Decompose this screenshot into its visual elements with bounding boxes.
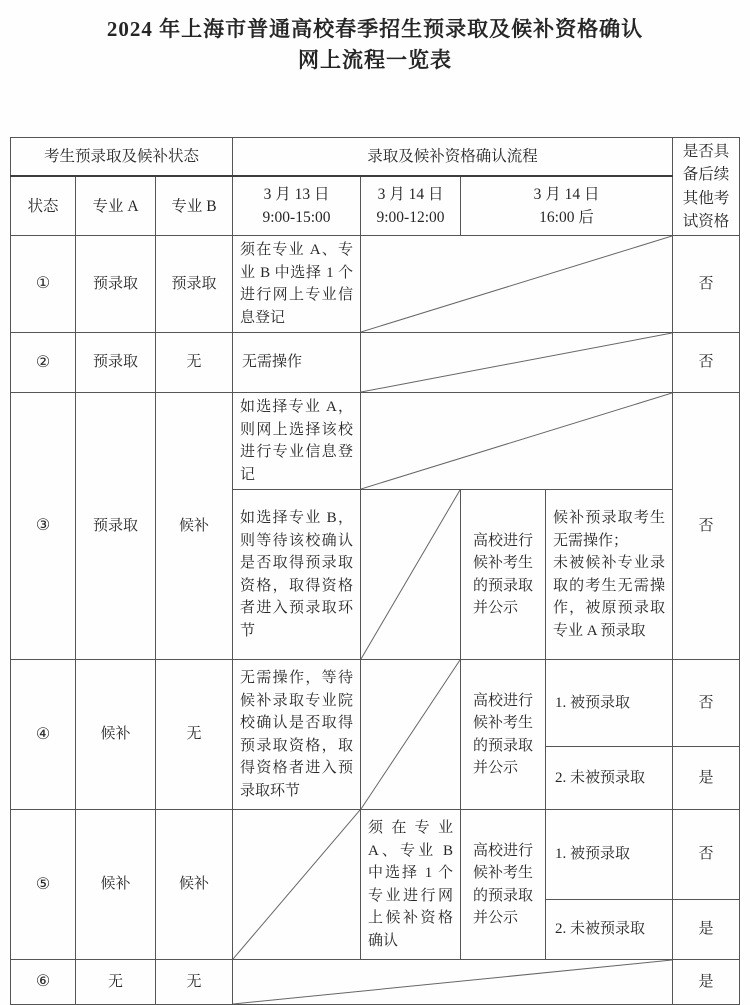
- page-title-line2: 网上流程一览表: [0, 45, 750, 76]
- row3-step1-option-a: 如选择专业 A，则网上选择该校进行专业信息登记: [233, 393, 361, 490]
- row1-step1: 须在专业 A、专业 B 中选择 1 个进行网上专业信息登记: [233, 236, 361, 333]
- header-col-major-a: 专业 A: [76, 176, 156, 235]
- row3-status: ③: [11, 393, 76, 660]
- row5-step3: 高校进行候补考生的预录取并公示: [461, 810, 546, 960]
- diagonal-cell: [361, 660, 461, 810]
- row1-major-b: 预录取: [156, 236, 233, 333]
- table-row-6: ⑥ 无 无 是: [11, 960, 740, 1005]
- table-row-3a: ③ 预录取 候补 如选择专业 A，则网上选择该校进行专业信息登记 否: [11, 393, 740, 490]
- row5-outcome2: 2. 未被预录取: [546, 900, 673, 960]
- row5-outcome2-eligible: 是: [673, 900, 740, 960]
- row4-step1: 无需操作，等待候补录取专业院校确认是否取得预录取资格，取得资格者进入预录取环节: [233, 660, 361, 810]
- header-col-date2: 3 月 14 日 9:00-12:00: [361, 176, 461, 235]
- diagonal-cell: [233, 960, 673, 1005]
- diagonal-slash-icon: [233, 960, 672, 1004]
- row6-major-a: 无: [76, 960, 156, 1005]
- diagonal-cell: [233, 810, 361, 960]
- table-row-1: ① 预录取 预录取 须在专业 A、专业 B 中选择 1 个进行网上专业信息登记 …: [11, 236, 740, 333]
- row2-eligible: 否: [673, 333, 740, 393]
- row4-outcome1: 1. 被预录取: [546, 660, 673, 747]
- row2-status: ②: [11, 333, 76, 393]
- row2-major-b: 无: [156, 333, 233, 393]
- diagonal-slash-icon: [361, 660, 460, 809]
- page-title: 2024 年上海市普通高校春季招生预录取及候补资格确认 网上流程一览表: [0, 14, 750, 76]
- row3-step2: 高校进行候补考生的预录取并公示: [461, 490, 546, 660]
- row3-major-b: 候补: [156, 393, 233, 660]
- row5-outcome1: 1. 被预录取: [546, 810, 673, 900]
- table-row-5a: ⑤ 候补 候补 须在专业 A、专业 B 中选择 1 个专业进行网上候补资格确认 …: [11, 810, 740, 900]
- row4-outcome1-eligible: 否: [673, 660, 740, 747]
- row6-major-b: 无: [156, 960, 233, 1005]
- header-col-status: 状态: [11, 176, 76, 235]
- row1-major-a: 预录取: [76, 236, 156, 333]
- row4-outcome2: 2. 未被预录取: [546, 747, 673, 810]
- diagonal-slash-icon: [361, 490, 460, 659]
- header-group-status: 考生预录取及候补状态: [11, 138, 233, 177]
- row5-major-b: 候补: [156, 810, 233, 960]
- row3-step1-option-b: 如选择专业 B，则等待该校确认是否取得预录取资格，取得资格者进入预录取环节: [233, 490, 361, 660]
- row5-outcome1-eligible: 否: [673, 810, 740, 900]
- row5-status: ⑤: [11, 810, 76, 960]
- row2-step1: 无需操作: [233, 333, 361, 393]
- header-col-date1: 3 月 13 日 9:00-15:00: [233, 176, 361, 235]
- diagonal-slash-icon: [361, 393, 672, 489]
- row4-status: ④: [11, 660, 76, 810]
- row3-step3: 候补预录取考生无需操作； 未被候补专业录取的考生无需操作，被原预录取专业 A 预…: [546, 490, 673, 660]
- diagonal-cell: [361, 333, 673, 393]
- diagonal-slash-icon: [233, 810, 360, 959]
- row4-step2: 高校进行候补考生的预录取并公示: [461, 660, 546, 810]
- row3-major-a: 预录取: [76, 393, 156, 660]
- diagonal-cell: [361, 393, 673, 490]
- page-title-line1: 2024 年上海市普通高校春季招生预录取及候补资格确认: [0, 14, 750, 45]
- table-row-4a: ④ 候补 无 无需操作，等待候补录取专业院校确认是否取得预录取资格，取得资格者进…: [11, 660, 740, 747]
- row6-status: ⑥: [11, 960, 76, 1005]
- header-col-date3: 3 月 14 日 16:00 后: [461, 176, 673, 235]
- row2-major-a: 预录取: [76, 333, 156, 393]
- table-row-2: ② 预录取 无 无需操作 否: [11, 333, 740, 393]
- row4-major-b: 无: [156, 660, 233, 810]
- row1-eligible: 否: [673, 236, 740, 333]
- row5-step2: 须在专业 A、专业 B 中选择 1 个专业进行网上候补资格确认: [361, 810, 461, 960]
- row4-major-a: 候补: [76, 660, 156, 810]
- diagonal-slash-icon: [361, 236, 672, 332]
- header-col-major-b: 专业 B: [156, 176, 233, 235]
- row6-eligible: 是: [673, 960, 740, 1005]
- row4-outcome2-eligible: 是: [673, 747, 740, 810]
- diagonal-cell: [361, 236, 673, 333]
- diagonal-cell: [361, 490, 461, 660]
- diagonal-slash-icon: [361, 333, 672, 392]
- row5-major-a: 候补: [76, 810, 156, 960]
- header-group-process: 录取及候补资格确认流程: [233, 138, 673, 177]
- row1-status: ①: [11, 236, 76, 333]
- header-group-eligibility: 是否具备后续其他考试资格: [673, 138, 740, 236]
- process-table: 考生预录取及候补状态 录取及候补资格确认流程 是否具备后续其他考试资格 状态 专…: [10, 137, 740, 1005]
- row3-eligible: 否: [673, 393, 740, 660]
